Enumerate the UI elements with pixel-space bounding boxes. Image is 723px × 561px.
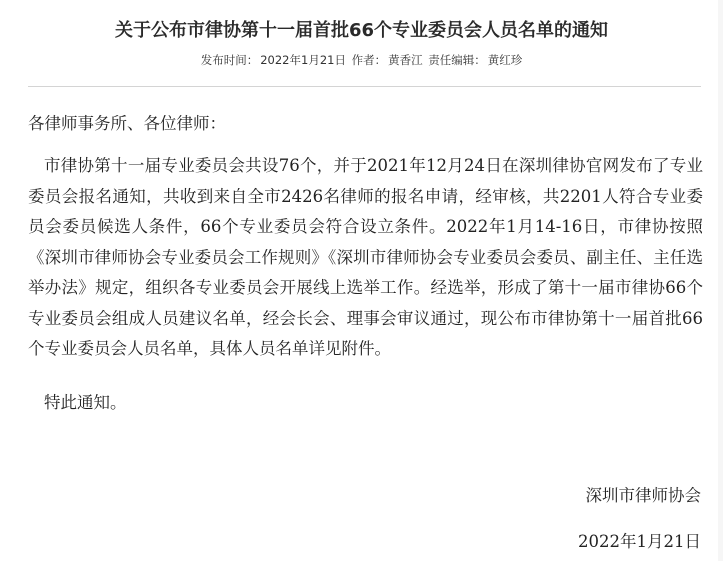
editor-label: 责任编辑： xyxy=(428,53,486,67)
article-title: 关于公布市律协第十一届首批66个专业委员会人员名单的通知 xyxy=(0,16,723,42)
salutation: 各律师事务所、各位律师： xyxy=(28,108,226,139)
author-label: 作者： xyxy=(352,53,387,67)
header-divider xyxy=(28,86,701,87)
signature-date: 2022年1月21日 xyxy=(578,526,701,557)
editor-name: 黄红珍 xyxy=(488,53,523,67)
article-meta: 发布时间：2022年1月21日 作者：黄香江 责任编辑：黄红珍 xyxy=(0,52,723,68)
publish-label: 发布时间： xyxy=(201,53,259,67)
author-name: 黄香江 xyxy=(388,53,423,67)
page-edge xyxy=(718,0,723,561)
publish-date: 2022年1月21日 xyxy=(260,53,346,67)
signature-organization: 深圳市律师协会 xyxy=(586,480,702,511)
body-paragraph: 市律协第十一届专业委员会共设76个，并于2021年12月24日在深圳律协官网发布… xyxy=(28,151,703,365)
closing-line: 特此通知。 xyxy=(44,387,127,418)
